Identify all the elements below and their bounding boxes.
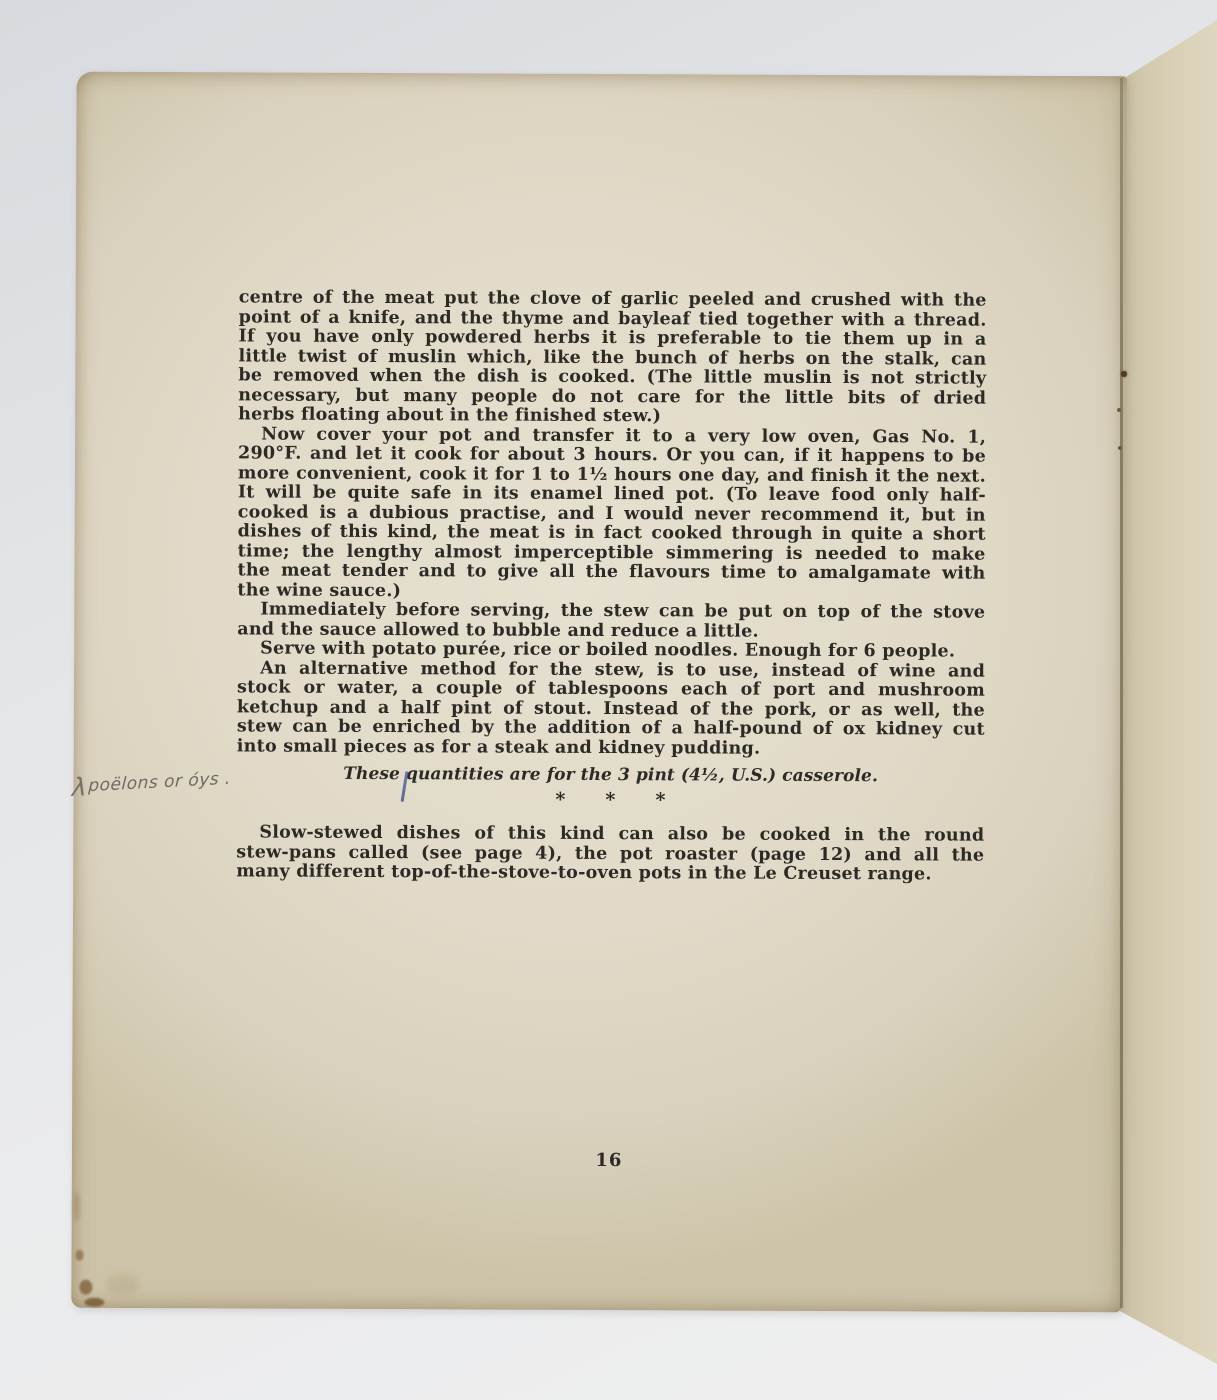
- book-gutter: [1120, 78, 1123, 1308]
- facing-page-edge: [1118, 0, 1217, 1400]
- foxing-stain: [79, 1280, 92, 1295]
- binding-stitch-mark: [1118, 446, 1122, 450]
- paragraph: Now cover your pot and transfer it to a …: [237, 425, 986, 604]
- binding-stitch-mark: [1117, 408, 1121, 412]
- insertion-caret-icon: λ: [71, 772, 88, 802]
- foxing-stain: [105, 1274, 139, 1296]
- binding-stitch-mark: [1121, 371, 1127, 377]
- foxing-stain: [76, 1250, 84, 1261]
- text-line: into small pieces as for a steak and kid…: [237, 737, 985, 760]
- text-line: many different top-of-the-stove-to-oven …: [236, 862, 984, 885]
- closing-paragraph: Slow-stewed dishes of this kind can also…: [236, 823, 984, 885]
- page-number: 16: [235, 1148, 983, 1172]
- book-photo: centre of the meat put the clove of garl…: [0, 0, 1217, 1400]
- paragraph: centre of the meat put the clove of garl…: [238, 288, 987, 428]
- paragraph: Immediately before serving, the stew can…: [237, 600, 985, 642]
- foxing-stain: [74, 1192, 80, 1222]
- paragraph: Slow-stewed dishes of this kind can also…: [236, 823, 984, 885]
- paragraph: An alternative method for the stew, is t…: [237, 659, 985, 760]
- book-page: centre of the meat put the clove of garl…: [71, 72, 1126, 1313]
- section-separator: * * *: [236, 789, 984, 812]
- body-paragraphs: centre of the meat put the clove of garl…: [237, 288, 987, 759]
- page-text: centre of the meat put the clove of garl…: [236, 288, 987, 885]
- foxing-stain: [84, 1298, 104, 1307]
- quantities-note: These quantities are for the 3 pint (4½,…: [237, 764, 985, 787]
